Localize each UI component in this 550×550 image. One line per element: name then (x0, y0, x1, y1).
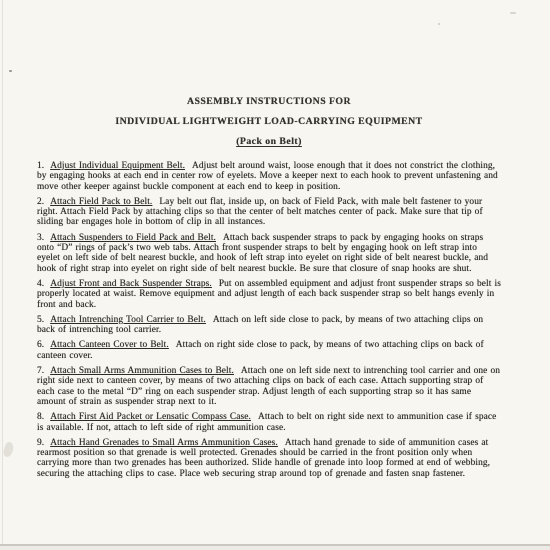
scan-shadow-bottom (0, 544, 550, 550)
instruction-number: 7. (37, 366, 44, 376)
instruction-paragraph: 2.Attach Field Pack to Belt.Lay belt out… (37, 197, 501, 228)
instruction-heading: Adjust Front and Back Suspender Straps. (50, 279, 212, 289)
instruction-paragraph: 7.Attach Small Arms Ammunition Cases to … (37, 366, 501, 407)
instruction-paragraph: 6.Attach Canteen Cover to Belt.Attach on… (37, 340, 501, 361)
instruction-heading: Adjust Individual Equipment Belt. (50, 161, 185, 171)
instruction-heading: Attach Canteen Cover to Belt. (50, 340, 169, 350)
document-subtitle: (Pack on Belt) (37, 137, 501, 147)
instruction-paragraph: 4.Adjust Front and Back Suspender Straps… (37, 279, 501, 310)
pencil-smudge (2, 441, 15, 458)
instruction-heading: Attach First Aid Packet or Lensatic Comp… (50, 412, 251, 422)
instruction-number: 5. (37, 315, 44, 325)
scanned-document-page: ASSEMBLY INSTRUCTIONS FOR INDIVIDUAL LIG… (0, 0, 550, 550)
document-title-line1: ASSEMBLY INSTRUCTIONS FOR (37, 97, 501, 107)
instruction-number: 9. (37, 438, 44, 448)
scan-speck (9, 70, 12, 72)
scan-edge-artifact (2, 0, 3, 550)
instruction-paragraph: 8.Attach First Aid Packet or Lensatic Co… (37, 412, 501, 433)
instruction-heading: Attach Intrenching Tool Carrier to Belt. (50, 315, 206, 325)
instruction-number: 2. (37, 197, 44, 207)
scan-speck (438, 23, 440, 25)
document-title-line2: INDIVIDUAL LIGHTWEIGHT LOAD-CARRYING EQU… (37, 117, 501, 127)
instruction-list: 1.Adjust Individual Equipment Belt.Adjus… (37, 161, 501, 479)
instruction-paragraph: 3.Attach Suspenders to Field Pack and Be… (37, 233, 501, 274)
instruction-heading: Attach Small Arms Ammunition Cases to Be… (50, 366, 234, 376)
instruction-number: 3. (37, 233, 44, 243)
instruction-paragraph: 1.Adjust Individual Equipment Belt.Adjus… (37, 161, 501, 192)
instruction-paragraph: 9.Attach Hand Grenades to Small Arms Amm… (37, 438, 501, 479)
document-body: ASSEMBLY INSTRUCTIONS FOR INDIVIDUAL LIG… (37, 97, 501, 484)
instruction-heading: Attach Hand Grenades to Small Arms Ammun… (50, 438, 278, 448)
instruction-paragraph: 5.Attach Intrenching Tool Carrier to Bel… (37, 315, 501, 336)
instruction-heading: Attach Suspenders to Field Pack and Belt… (50, 233, 216, 243)
document-title-block: ASSEMBLY INSTRUCTIONS FOR INDIVIDUAL LIG… (37, 97, 501, 147)
instruction-number: 1. (37, 161, 44, 171)
instruction-number: 4. (37, 279, 44, 289)
scan-speck (510, 12, 516, 14)
instruction-number: 6. (37, 340, 44, 350)
instruction-number: 8. (37, 412, 44, 422)
instruction-heading: Attach Field Pack to Belt. (50, 197, 152, 207)
